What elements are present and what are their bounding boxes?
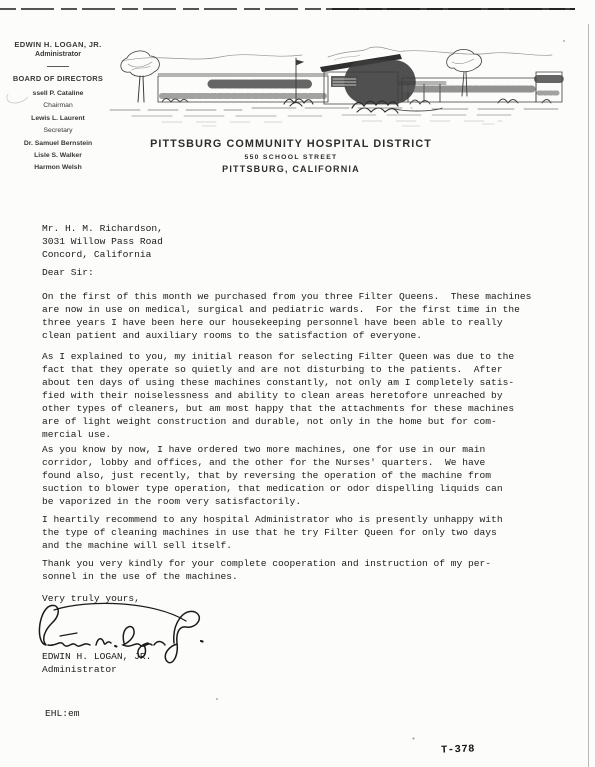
board-member-title: Chairman bbox=[4, 100, 112, 112]
board-member-title: Secretary bbox=[4, 125, 112, 137]
reference-initials: EHL:em bbox=[45, 707, 80, 720]
board-member-name: Dr. Samuel Bernstein bbox=[4, 138, 112, 150]
scan-speck bbox=[413, 737, 414, 740]
divider bbox=[47, 66, 69, 67]
administrator-name: EDWIN H. LOGAN, JR. bbox=[4, 40, 112, 49]
paragraph-5: Thank you very kindly for your complete … bbox=[42, 557, 491, 583]
scan-speck bbox=[563, 40, 565, 42]
letterhead-left-column: EDWIN H. LOGAN, JR. Administrator BOARD … bbox=[4, 40, 112, 175]
paragraph-2: As I explained to you, my initial reason… bbox=[42, 350, 514, 441]
board-member-name: Harmon Welsh bbox=[4, 162, 112, 174]
scan-artifact-right-edge bbox=[588, 24, 589, 767]
letter-page: EDWIN H. LOGAN, JR. Administrator BOARD … bbox=[0, 0, 595, 767]
board-member-name: ssell P. Cataline bbox=[4, 88, 112, 100]
board-member-name: Lisle S. Walker bbox=[4, 150, 112, 162]
scan-speck bbox=[216, 698, 218, 700]
org-street-address: 550 SCHOOL STREET bbox=[101, 154, 481, 161]
org-name: PITTSBURG COMMUNITY HOSPITAL DISTRICT bbox=[101, 138, 481, 150]
letterhead-org-block: PITTSBURG COMMUNITY HOSPITAL DISTRICT 55… bbox=[101, 138, 481, 174]
signer-typed-name: EDWIN H. LOGAN, JR. bbox=[42, 650, 151, 663]
scan-artifact-top-line-solid bbox=[332, 8, 575, 10]
board-member-name: Lewis L. Laurent bbox=[4, 113, 112, 125]
hospital-building-illustration bbox=[102, 46, 564, 134]
signer-typed-title: Administrator bbox=[42, 663, 117, 676]
paragraph-3: As you know by now, I have ordered two m… bbox=[42, 443, 503, 508]
administrator-title: Administrator bbox=[4, 51, 112, 58]
paragraph-1: On the first of this month we purchased … bbox=[42, 290, 531, 342]
paragraph-4: I heartily recommend to any hospital Adm… bbox=[42, 513, 503, 552]
board-of-directors-heading: BOARD OF DIRECTORS bbox=[4, 74, 112, 83]
recipient-address: Mr. H. M. Richardson, 3031 Willow Pass R… bbox=[42, 222, 163, 261]
document-number-stamp: T-378 bbox=[441, 743, 475, 756]
org-city-state: PITTSBURG, CALIFORNIA bbox=[101, 164, 481, 174]
salutation: Dear Sir: bbox=[42, 266, 94, 279]
